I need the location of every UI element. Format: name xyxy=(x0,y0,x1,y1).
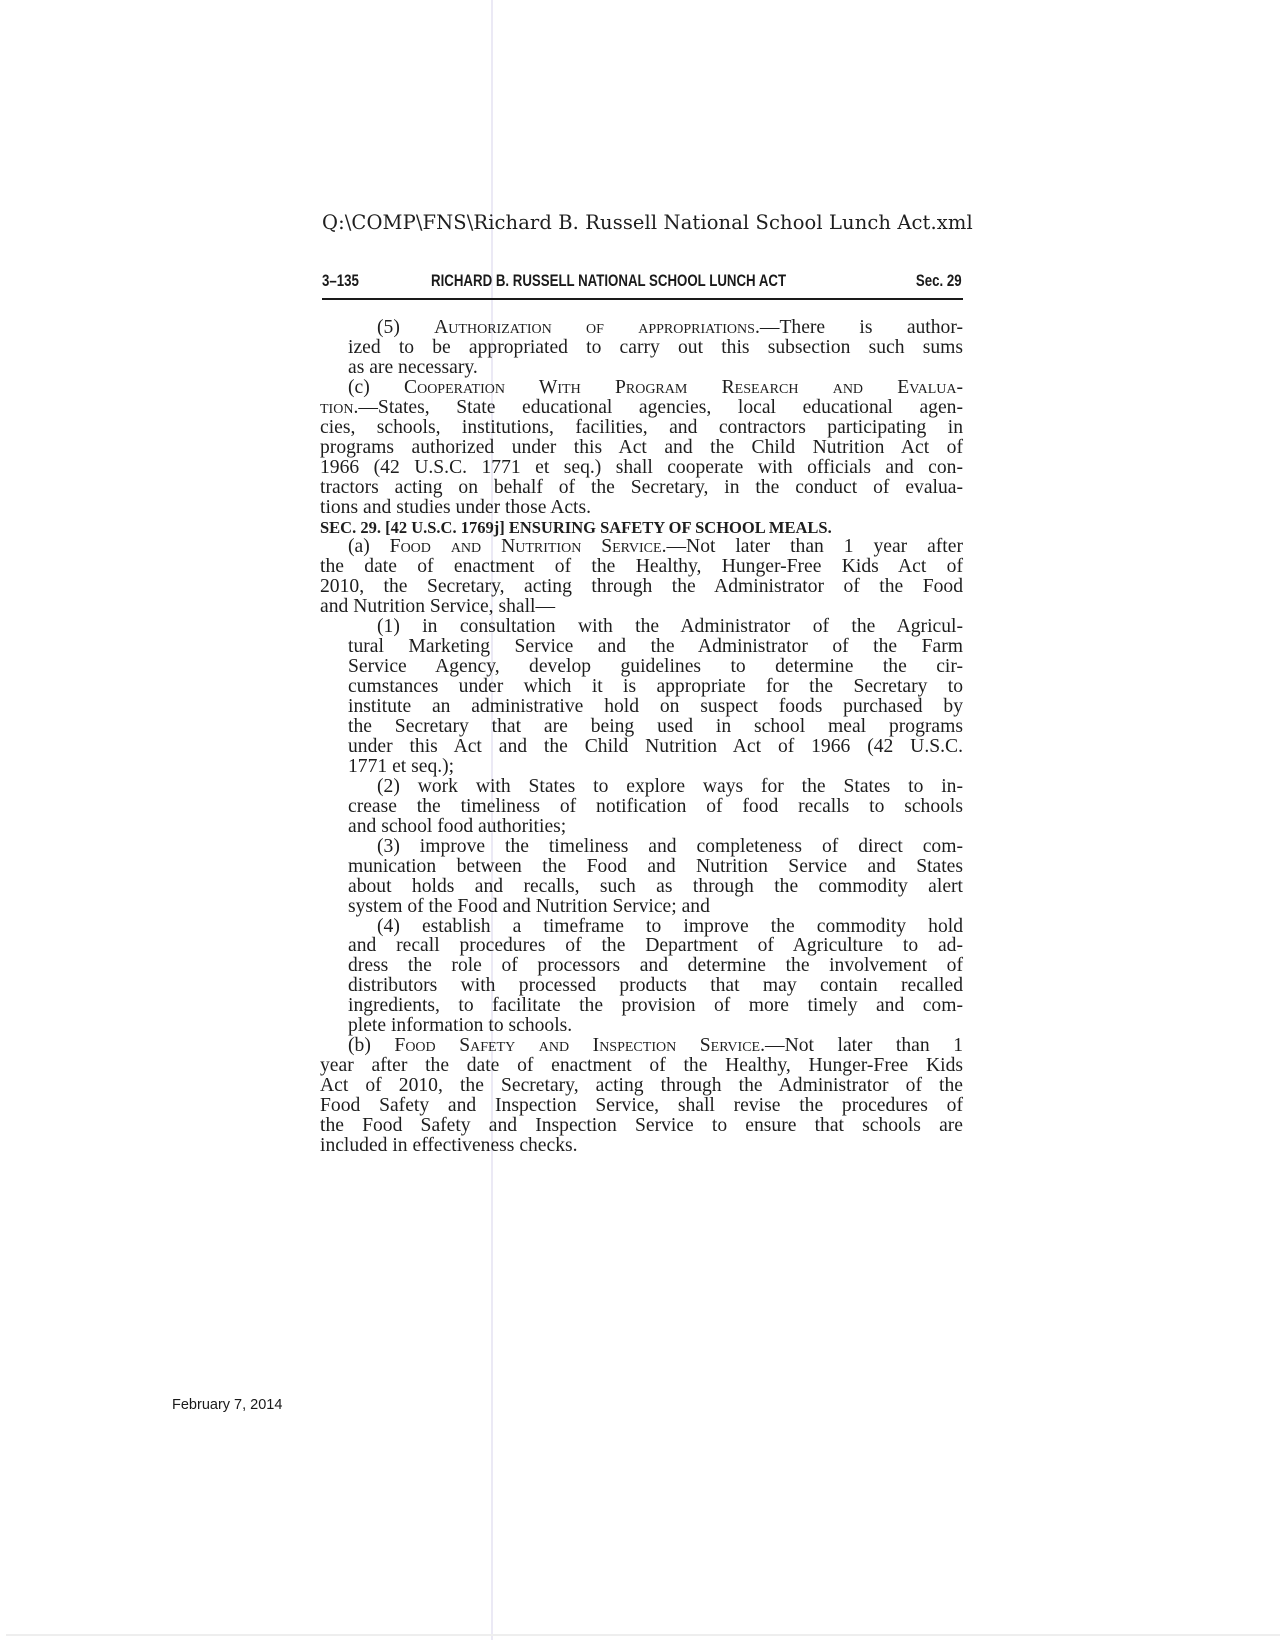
text-line: ingredients, to facilitate the provision… xyxy=(348,996,963,1016)
text-line: cumstances under which it is appropriate… xyxy=(348,677,963,697)
text-run: included in effectiveness checks. xyxy=(320,1135,578,1156)
text-line: Service Agency, develop guidelines to de… xyxy=(348,657,963,677)
text-run: 1966 (42 U.S.C. 1771 et seq.) shall coop… xyxy=(320,457,963,478)
text-run: Service Agency, develop guidelines to de… xyxy=(348,656,963,677)
text-run: under this Act and the Child Nutrition A… xyxy=(348,736,963,757)
text-run: tions and studies under those Acts. xyxy=(320,497,591,518)
text-run: the date of enactment of the Healthy, Hu… xyxy=(320,556,963,577)
text-line: 2010, the Secretary, acting through the … xyxy=(320,577,963,597)
header-rule xyxy=(322,298,963,300)
text-run: .—There is author- xyxy=(755,317,963,338)
text-run: (1) in consultation with the Administrat… xyxy=(377,616,963,637)
text-line: (2) work with States to explore ways for… xyxy=(377,777,963,797)
text-run: plete information to schools. xyxy=(348,1015,572,1036)
text-line: (4) establish a timeframe to improve the… xyxy=(377,917,963,937)
text-run: programs authorized under this Act and t… xyxy=(320,437,963,458)
text-run: (2) work with States to explore ways for… xyxy=(377,776,963,797)
text-run: ingredients, to facilitate the provision… xyxy=(348,995,963,1016)
text-line: 1966 (42 U.S.C. 1771 et seq.) shall coop… xyxy=(320,458,963,478)
small-caps-heading-text: Food Safety and Inspection Service xyxy=(394,1035,760,1056)
text-line: (a) Food and Nutrition Service.—Not late… xyxy=(348,537,963,557)
text-line: institute an administrative hold on susp… xyxy=(348,697,963,717)
text-line: plete information to schools. xyxy=(348,1016,572,1036)
text-run: .—Not later than 1 xyxy=(760,1035,963,1056)
small-caps-heading-text: tion xyxy=(320,397,353,418)
text-run: SEC. 29. [42 U.S.C. 1769j] ENSURING SAFE… xyxy=(320,518,832,537)
text-run: crease the timeliness of notification of… xyxy=(348,796,963,817)
small-caps-heading-text: Authorization of appropriations xyxy=(434,317,755,338)
text-run: (c) xyxy=(348,377,404,398)
text-run: (b) xyxy=(348,1035,394,1056)
text-run: dress the role of processors and determi… xyxy=(348,955,963,976)
text-run: tractors acting on behalf of the Secreta… xyxy=(320,477,963,498)
text-line: dress the role of processors and determi… xyxy=(348,956,963,976)
file-path-header: Q:\COMP\FNS\Richard B. Russell National … xyxy=(322,211,964,234)
text-line: and Nutrition Service, shall— xyxy=(320,597,555,617)
text-run: (5) xyxy=(377,317,434,338)
text-run: .—States, State educational agencies, lo… xyxy=(353,397,963,418)
text-run: about holds and recalls, such as through… xyxy=(348,876,963,897)
text-line: munication between the Food and Nutritio… xyxy=(348,857,963,877)
text-run: (a) xyxy=(348,536,390,557)
text-line: about holds and recalls, such as through… xyxy=(348,877,963,897)
text-line: system of the Food and Nutrition Service… xyxy=(348,897,710,917)
text-run: year after the date of enactment of the … xyxy=(320,1055,963,1076)
text-line: (3) improve the timeliness and completen… xyxy=(377,837,963,857)
text-run: Food Safety and Inspection Service, shal… xyxy=(320,1095,963,1116)
text-run: as are necessary. xyxy=(348,357,478,378)
text-run: munication between the Food and Nutritio… xyxy=(348,856,963,877)
text-line: distributors with processed products tha… xyxy=(348,976,963,996)
text-run: 2010, the Secretary, acting through the … xyxy=(320,576,963,597)
text-run: and Nutrition Service, shall— xyxy=(320,596,555,617)
act-title: RICHARD B. RUSSELL NATIONAL SCHOOL LUNCH… xyxy=(431,271,786,291)
text-line: and school food authorities; xyxy=(348,817,566,837)
text-line: (5) Authorization of appropriations.—The… xyxy=(377,318,963,338)
text-run: the Food Safety and Inspection Service t… xyxy=(320,1115,963,1136)
text-line: as are necessary. xyxy=(348,358,478,378)
small-caps-heading-text: Food and Nutrition Service xyxy=(390,536,662,557)
text-line: (c) Cooperation With Program Research an… xyxy=(348,378,963,398)
text-line: crease the timeliness of notification of… xyxy=(348,797,963,817)
text-run: (4) establish a timeframe to improve the… xyxy=(377,916,963,937)
text-run: (3) improve the timeliness and completen… xyxy=(377,836,963,857)
footer-date: February 7, 2014 xyxy=(172,1397,282,1413)
text-line: and recall procedures of the Department … xyxy=(348,936,963,956)
text-run: Act of 2010, the Secretary, acting throu… xyxy=(320,1075,963,1096)
text-line: the Secretary that are being used in sch… xyxy=(348,717,963,737)
document-page: Q:\COMP\FNS\Richard B. Russell National … xyxy=(0,0,1280,1640)
text-line: cies, schools, institutions, facilities,… xyxy=(320,418,963,438)
text-run: the Secretary that are being used in sch… xyxy=(348,716,963,737)
text-line: tion.—States, State educational agencies… xyxy=(320,398,963,418)
text-run: and school food authorities; xyxy=(348,816,566,837)
text-line: under this Act and the Child Nutrition A… xyxy=(348,737,963,757)
small-caps-heading-text: Cooperation With Program Research and Ev… xyxy=(404,377,963,398)
text-line: Food Safety and Inspection Service, shal… xyxy=(320,1096,963,1116)
text-line: 1771 et seq.); xyxy=(348,757,454,777)
text-line: tractors acting on behalf of the Secreta… xyxy=(320,478,963,498)
text-line: the date of enactment of the Healthy, Hu… xyxy=(320,557,963,577)
text-run: .—Not later than 1 year after xyxy=(662,536,963,557)
text-line: tions and studies under those Acts. xyxy=(320,498,591,518)
text-run: tural Marketing Service and the Administ… xyxy=(348,636,963,657)
text-line: programs authorized under this Act and t… xyxy=(320,438,963,458)
section-label: Sec. 29 xyxy=(916,271,962,291)
page-number: 3–135 xyxy=(322,271,359,291)
text-line: ized to be appropriated to carry out thi… xyxy=(348,338,963,358)
text-line: tural Marketing Service and the Administ… xyxy=(348,637,963,657)
text-run: cumstances under which it is appropriate… xyxy=(348,676,963,697)
text-run: institute an administrative hold on susp… xyxy=(348,696,963,717)
scan-artifact-horizontal-line xyxy=(6,1634,1280,1636)
text-line: (b) Food Safety and Inspection Service.—… xyxy=(348,1036,963,1056)
running-header: 3–135 RICHARD B. RUSSELL NATIONAL SCHOOL… xyxy=(322,271,962,295)
text-line: year after the date of enactment of the … xyxy=(320,1056,963,1076)
text-run: cies, schools, institutions, facilities,… xyxy=(320,417,963,438)
text-line: Act of 2010, the Secretary, acting throu… xyxy=(320,1076,963,1096)
text-line: the Food Safety and Inspection Service t… xyxy=(320,1116,963,1136)
text-run: and recall procedures of the Department … xyxy=(348,935,963,956)
section-heading: SEC. 29. [42 U.S.C. 1769j] ENSURING SAFE… xyxy=(320,518,832,538)
text-run: distributors with processed products tha… xyxy=(348,975,963,996)
text-line: (1) in consultation with the Administrat… xyxy=(377,617,963,637)
text-run: ized to be appropriated to carry out thi… xyxy=(348,337,963,358)
text-run: system of the Food and Nutrition Service… xyxy=(348,896,710,917)
text-line: included in effectiveness checks. xyxy=(320,1136,578,1156)
text-run: 1771 et seq.); xyxy=(348,756,454,777)
